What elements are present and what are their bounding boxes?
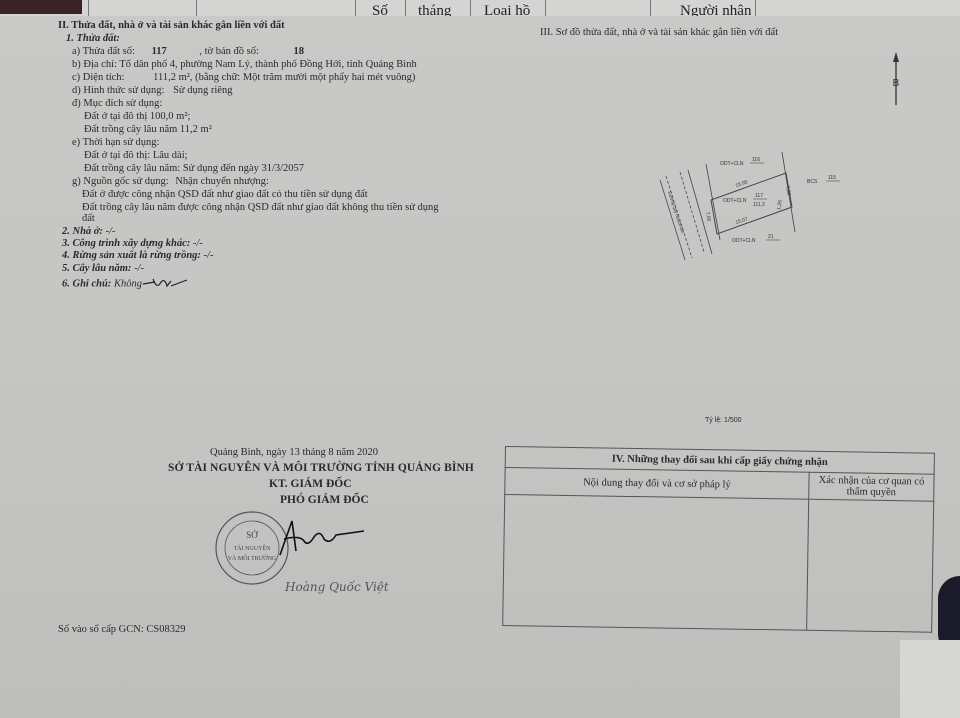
issue-date: Quảng Bình, ngày 13 tháng 8 năm 2020 <box>210 447 378 458</box>
address-row: b) Địa chỉ: Tổ dân phố 4, phường Nam Lý,… <box>72 59 417 70</box>
section-3-title: III. Sơ đồ thửa đất, nhà ở và tài sản kh… <box>540 26 778 39</box>
origin-line: Đất trồng cây lâu năm được công nhận QSD… <box>82 202 439 213</box>
changes-table: IV. Những thay đổi sau khi cấp giấy chứn… <box>502 446 935 633</box>
deputy-director: PHÓ GIÁM ĐỐC <box>280 494 369 506</box>
issuing-org: SỞ TÀI NGUYÊN VÀ MÔI TRƯỜNG TỈNH QUẢNG B… <box>168 462 474 474</box>
usage-form: Sử dụng riêng <box>173 85 232 96</box>
north-arrow-icon: B <box>886 50 906 110</box>
parcel-no-row: a) Thửa đất số: 117 , tờ bản đồ số: 18 <box>72 46 304 57</box>
svg-text:7,00: 7,00 <box>784 185 792 196</box>
usage-form-label: d) Hình thức sử dụng: <box>72 85 164 96</box>
item-value: -/- <box>204 250 214 261</box>
note-row: 6. Ghi chú: Không <box>62 276 191 292</box>
changes-content-cell <box>503 495 809 631</box>
item-label: 3. Công trình xây dựng khác: <box>62 238 190 249</box>
svg-text:115: 115 <box>828 175 836 181</box>
map-sheet-label: , tờ bản đồ số: <box>199 46 259 57</box>
origin-line: đất <box>82 213 95 224</box>
svg-text:BCS: BCS <box>807 179 818 185</box>
area: 111,2 m², (bằng chữ: Một trăm mười một p… <box>153 72 415 83</box>
item-value: -/- <box>106 226 116 237</box>
item-label: 5. Cây lâu năm: <box>62 263 131 274</box>
origin-line: Đất ở được công nhận QSD đất như giao đấ… <box>82 189 368 200</box>
item-label: 4. Rừng sản xuất là rừng trồng: <box>62 250 201 261</box>
scale-label: Tỷ lệ: 1/500 <box>705 417 742 424</box>
purpose-label: đ) Mục đích sử dụng: <box>72 98 162 109</box>
term-label: e) Thời hạn sử dụng: <box>72 137 159 148</box>
area-label: c) Diện tích: <box>72 72 124 83</box>
svg-text:1,26: 1,26 <box>776 200 784 211</box>
parcel-no-label: a) Thửa đất số: <box>72 46 135 57</box>
initials-scribble-icon <box>141 276 191 292</box>
forest-row: 4. Rừng sản xuất là rừng trồng: -/- <box>62 250 213 261</box>
svg-text:21: 21 <box>768 234 774 240</box>
parcel-diagram: ODT+CLN 116 ODT+CLN 117 111,2 BCS 115 OD… <box>640 140 860 270</box>
svg-text:117: 117 <box>755 193 763 199</box>
svg-text:15,07: 15,07 <box>735 216 749 226</box>
kt-director: KT. GIÁM ĐỐC <box>269 478 352 490</box>
origin: Nhận chuyển nhượng: <box>175 176 268 187</box>
item-value: -/- <box>193 238 203 249</box>
item-value: -/- <box>134 263 144 274</box>
registry-label: Số vào sổ cấp GCN: <box>58 624 144 635</box>
parcel-heading: 1. Thửa đất: <box>66 33 120 44</box>
svg-text:ODT+CLN: ODT+CLN <box>732 238 756 244</box>
changes-confirm-cell <box>807 499 934 632</box>
item-value: Không <box>114 278 142 289</box>
origin-label: g) Nguồn gốc sử dụng: <box>72 176 169 187</box>
perennial-row: 5. Cây lâu năm: -/- <box>62 263 144 274</box>
registry-number-row: Số vào sổ cấp GCN: CS08329 <box>58 624 185 635</box>
house-row: 2. Nhà ở: -/- <box>62 226 115 237</box>
section-2-title: II. Thửa đất, nhà ở và tài sản khác gắn … <box>58 20 285 31</box>
term-line: Đất ở tại đô thị: Lâu dài; <box>84 150 188 161</box>
svg-text:111,2: 111,2 <box>753 202 765 208</box>
purpose-line: Đất ở tại đô thị 100,0 m²; <box>84 111 190 122</box>
svg-text:SỞ: SỞ <box>246 530 258 540</box>
usage-form-row: d) Hình thức sử dụng: Sử dụng riêng <box>72 85 232 96</box>
next-page-corner <box>900 640 960 718</box>
svg-text:116: 116 <box>752 157 760 163</box>
purpose-line: Đất trồng cây lâu năm 11,2 m² <box>84 124 212 135</box>
dark-corner <box>0 0 82 14</box>
signature-scribble-icon <box>270 515 370 565</box>
registry-value: CS08329 <box>146 624 185 635</box>
item-label: 6. Ghi chú: <box>62 278 111 289</box>
signer-name: Hoàng Quốc Việt <box>285 580 389 594</box>
item-label: 2. Nhà ở: <box>62 226 103 237</box>
address: Tổ dân phố 4, phường Nam Lý, thành phố Đ… <box>119 59 416 70</box>
svg-text:ODT+CLN: ODT+CLN <box>723 198 747 204</box>
address-label: b) Địa chỉ: <box>72 59 117 70</box>
area-row: c) Diện tích: 111,2 m², (bằng chữ: Một t… <box>72 72 415 83</box>
svg-text:ODT+CLN: ODT+CLN <box>720 161 744 167</box>
svg-text:TÀI NGUYÊN: TÀI NGUYÊN <box>234 544 271 552</box>
changes-col-confirm-header: Xác nhận của cơ quan có thẩm quyền <box>809 472 934 501</box>
map-sheet: 18 <box>294 46 305 57</box>
origin-row: g) Nguồn gốc sử dụng: Nhận chuyển nhượng… <box>72 176 269 187</box>
svg-text:7,00: 7,00 <box>704 211 712 222</box>
parcel-no: 117 <box>152 46 167 57</box>
svg-text:B: B <box>893 78 900 89</box>
term-line: Đất trồng cây lâu năm: Sử dụng đến ngày … <box>84 163 304 174</box>
other-construction-row: 3. Công trình xây dựng khác: -/- <box>62 238 203 249</box>
